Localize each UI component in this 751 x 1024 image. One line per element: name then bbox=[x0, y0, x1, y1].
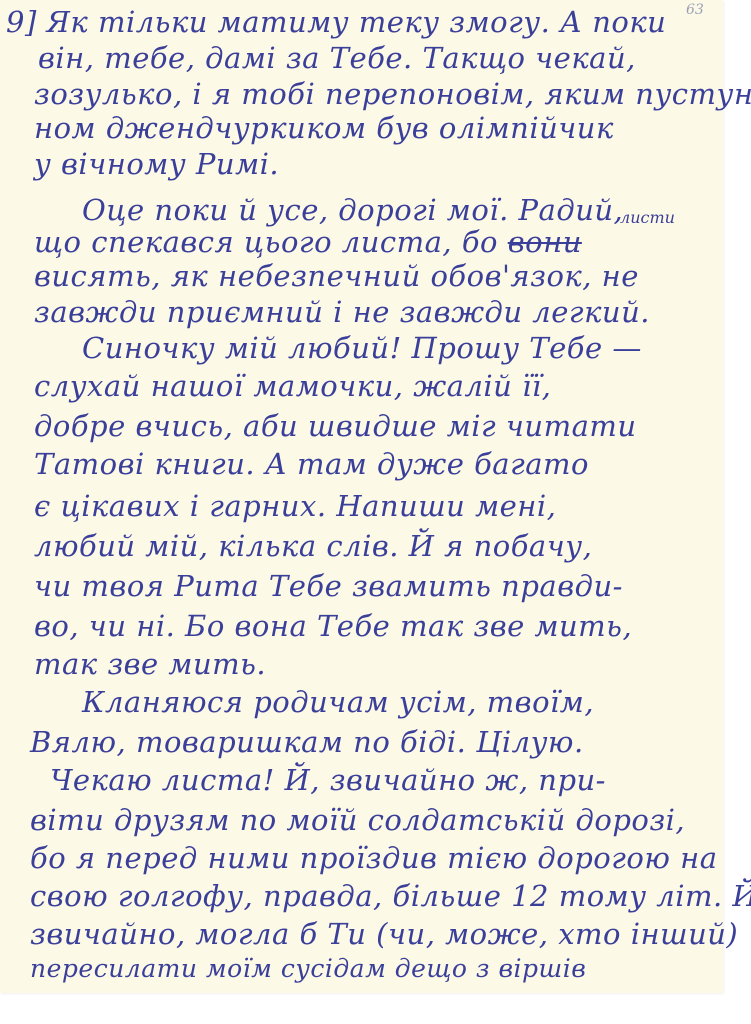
letter-line-23: бо я перед ними проїздив тією дорогою на bbox=[30, 844, 718, 873]
letter-line-9: завжди приємний і не завжди легкий. bbox=[34, 298, 650, 327]
letter-line-4: ном джендчуркиком був олімпійчик bbox=[34, 114, 614, 143]
letter-line-12: добре вчись, аби швидше міг читати bbox=[34, 412, 637, 441]
letter-line-22: віти друзям по моїй солдатській дорозі, bbox=[30, 806, 685, 835]
letter-line-2: він, тебе, дамі за Тебе. Такщо чекай, bbox=[38, 44, 636, 73]
letter-page: 63 9] Як тільки матиму теку змогу. А пок… bbox=[0, 0, 723, 993]
letter-line-24: свою голгофу, правда, більше 12 тому літ… bbox=[30, 882, 751, 911]
letter-line-19: Кланяюся родичам усім, твоїм, bbox=[82, 688, 594, 717]
letter-line-8: висять, як небезпечний обов'язок, не bbox=[34, 262, 639, 291]
page-number: 63 bbox=[686, 2, 704, 18]
inserted-word: листи bbox=[620, 208, 675, 227]
letter-line-20: Вялю, товаришкам по біді. Цілую. bbox=[30, 728, 584, 757]
letter-line-17: во, чи ні. Бо вона Тебе так зве мить, bbox=[34, 612, 632, 641]
letter-line-25: звичайно, могла б Ти (чи, може, хто інши… bbox=[30, 920, 738, 949]
letter-line-11: слухай нашої мамочки, жалій її, bbox=[34, 372, 551, 401]
letter-line-7: що спекався цього листа, бо вони bbox=[34, 228, 582, 257]
letter-line-3: зозулько, і я тобі перепоновім, яким пус… bbox=[34, 80, 751, 109]
letter-line-15: любий мій, кілька слів. Й я побачу, bbox=[34, 532, 592, 561]
letter-line-6: Оце поки й усе, дорогі мої. Радий, bbox=[82, 196, 623, 225]
letter-line-10: Синочку мій любий! Прошу Тебе — bbox=[82, 334, 642, 363]
struck-word: вони bbox=[508, 225, 582, 259]
letter-line-14: є цікавих і гарних. Напиши мені, bbox=[34, 492, 556, 521]
letter-line-16: чи твоя Рита Тебе звамить правди- bbox=[34, 572, 623, 601]
letter-line-18: так зве мить. bbox=[34, 650, 266, 679]
letter-line-1: 9] Як тільки матиму теку змогу. А поки bbox=[6, 8, 666, 37]
letter-line-7-text: що спекався цього листа, бо bbox=[34, 225, 498, 259]
letter-line-5: у вічному Римі. bbox=[34, 150, 279, 179]
letter-line-21: Чекаю листа! Й, звичайно ж, при- bbox=[50, 766, 606, 795]
letter-line-26: пересилати моїм сусідам дещо з віршів bbox=[30, 956, 586, 981]
letter-line-13: Татові книги. А там дуже багато bbox=[34, 450, 589, 479]
